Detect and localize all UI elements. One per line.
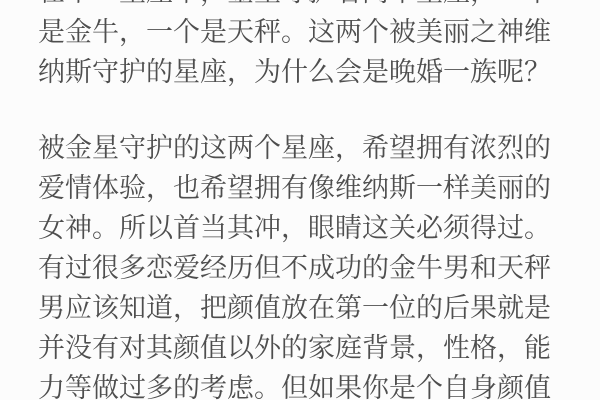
text-line: 并没有对其颜值以外的家庭背景，性格，能 (38, 328, 562, 368)
article-text-block: 在十二星座中，金星守护着两个星座，一个 是金牛，一个是天秤。这两个被美丽之神维 … (38, 0, 562, 400)
article-page: 在十二星座中，金星守护着两个星座，一个 是金牛，一个是天秤。这两个被美丽之神维 … (0, 0, 600, 400)
paragraph: 在十二星座中，金星守护着两个星座，一个 是金牛，一个是天秤。这两个被美丽之神维 … (38, 0, 562, 92)
text-line: 有过很多恋爱经历但不成功的金牛男和天秤 (38, 248, 562, 288)
text-line: 纳斯守护的星座，为什么会是晚婚一族呢？ (38, 52, 562, 92)
text-line: 爱情体验，也希望拥有像维纳斯一样美丽的 (38, 168, 562, 208)
text-line: 是金牛，一个是天秤。这两个被美丽之神维 (38, 12, 562, 52)
text-line: 男应该知道，把颜值放在第一位的后果就是 (38, 288, 562, 328)
text-line-bottom: 力等做过多的考虑。但如果你是个自身颜值 (38, 368, 562, 400)
text-line-clipped: 在十二星座中，金星守护着两个星座，一个 (38, 0, 562, 12)
paragraph: 被金星守护的这两个星座，希望拥有浓烈的 爱情体验，也希望拥有像维纳斯一样美丽的 … (38, 128, 562, 400)
text-line: 女神。所以首当其冲，眼睛这关必须得过。 (38, 208, 562, 248)
text-line: 被金星守护的这两个星座，希望拥有浓烈的 (38, 128, 562, 168)
